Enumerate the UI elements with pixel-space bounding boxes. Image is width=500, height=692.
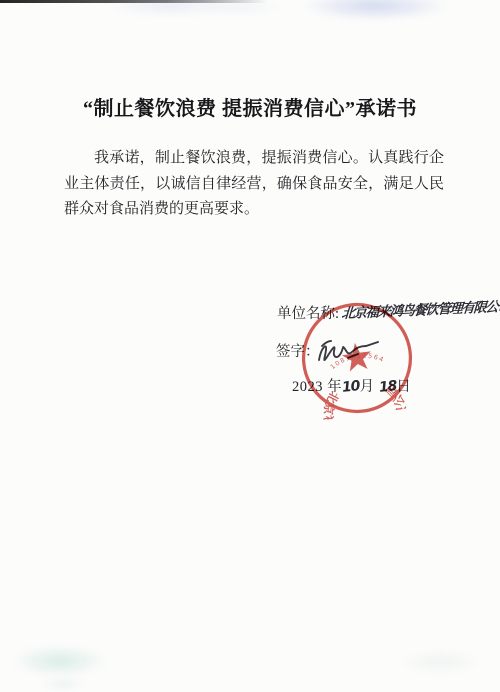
- seal-company-text: 北京福来鸿鸟餐饮管理有限公司: [317, 378, 415, 423]
- commitment-body-text: 我承诺，制止餐饮浪费，提振消费信心。认真践行企业主体责任，以诚信自律经营，确保食…: [64, 146, 444, 223]
- scan-smudge: [12, 646, 107, 676]
- scan-smudge: [300, 0, 450, 20]
- company-seal-stamp: 北京福来鸿鸟餐饮管理有限公司 1081051564: [293, 294, 422, 423]
- document-title: “制止餐饮浪费 提振消费信心”承诺书: [0, 92, 500, 121]
- scan-edge-artifact: [0, 0, 268, 3]
- scanned-document-page: “制止餐饮浪费 提振消费信心”承诺书 我承诺，制止餐饮浪费，提振消费信心。认真践…: [0, 0, 500, 692]
- scan-smudge: [40, 678, 85, 690]
- scan-smudge: [398, 650, 483, 674]
- svg-text:北京福来鸿鸟餐饮管理有限公司: 北京福来鸿鸟餐饮管理有限公司: [317, 378, 415, 423]
